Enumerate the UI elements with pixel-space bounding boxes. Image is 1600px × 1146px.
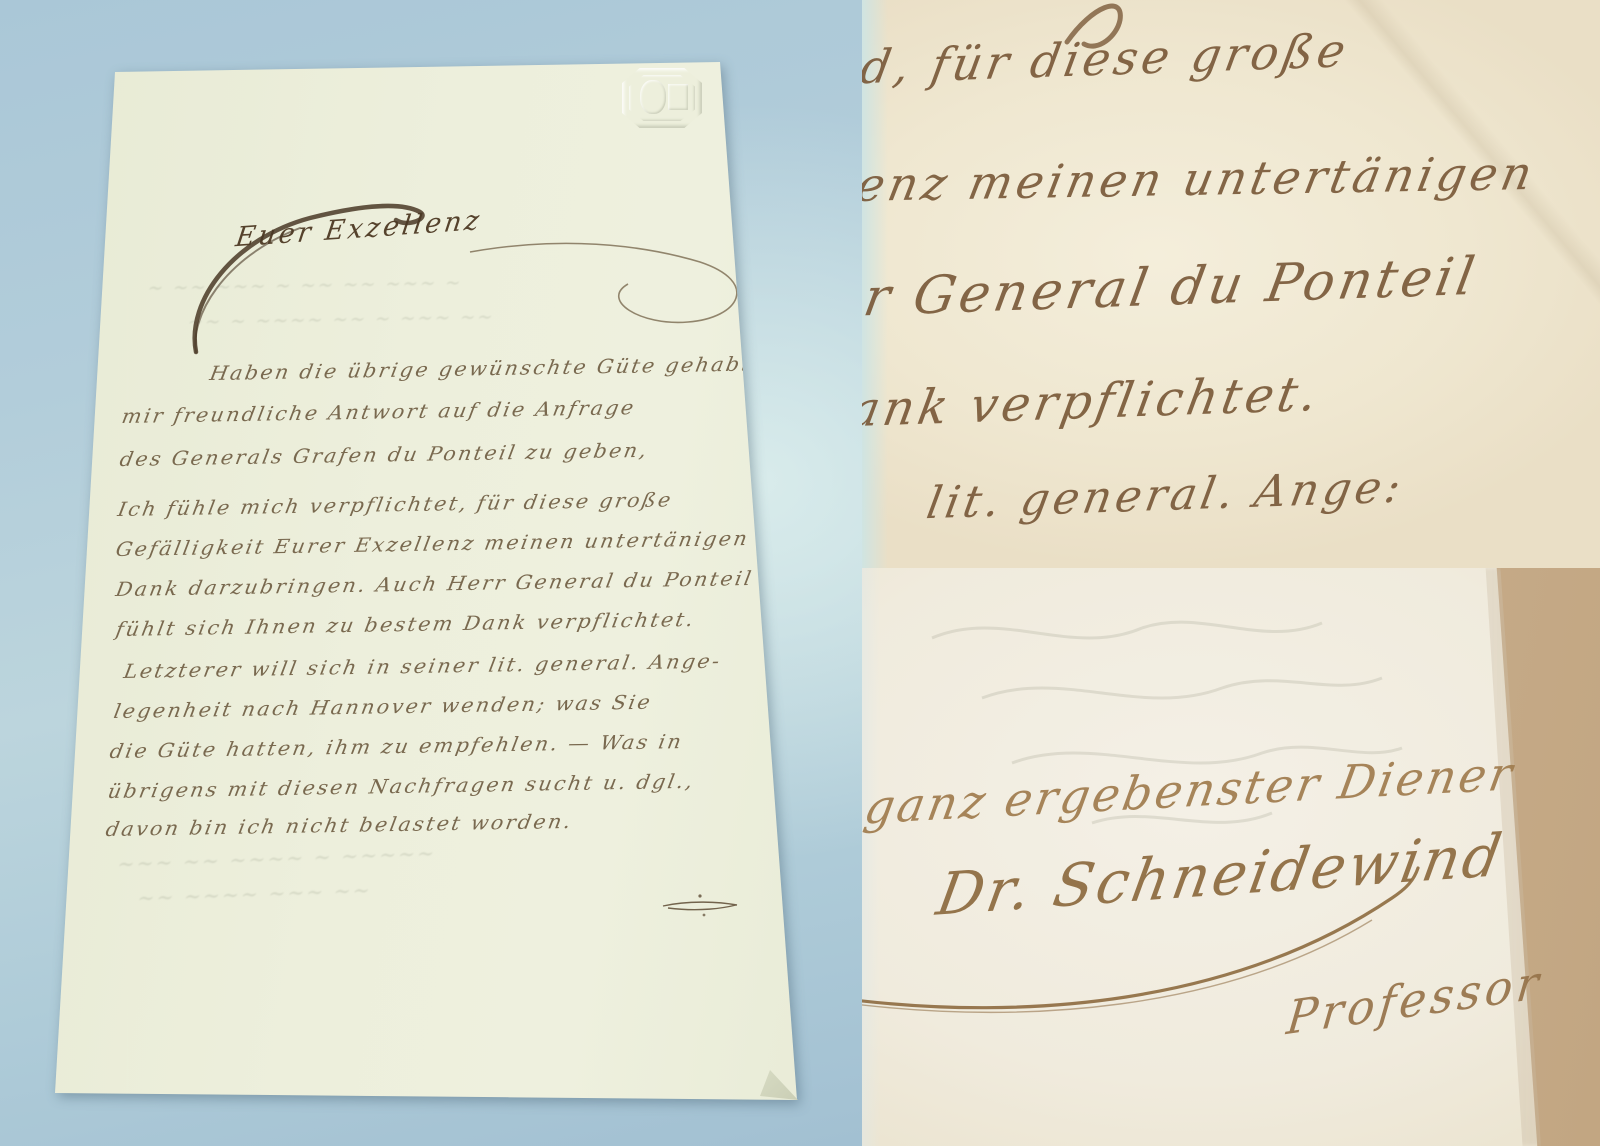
stamp-book-shape (668, 84, 688, 110)
letter-paper-shadow: ~ ~~ ~~~ ~ ~~ ~~ ~~~ ~ ~~ ~ ~~~~ ~~ ~ ~~… (0, 0, 862, 1146)
detail-line: ank verpflichtet. (862, 366, 1325, 439)
detail-photo-top: d, für diese große lenz meinen untertäni… (862, 0, 1600, 568)
signature-title: Professor (1284, 954, 1545, 1045)
detail-line-cut: … (1002, 540, 1058, 568)
letter-photo-composite: ~ ~~ ~~~ ~ ~~ ~~ ~~~ ~ ~~ ~ ~~~~ ~~ ~ ~~… (0, 0, 1600, 1146)
closing-line: ganz ergebenster Diener (862, 746, 1519, 835)
detail-line: lit. general. Ange: (923, 461, 1409, 529)
embossed-crest-stamp-icon (622, 68, 702, 128)
detail-photo-bottom: ganz ergebenster Diener Dr. Schneidewind… (862, 568, 1600, 1146)
stamp-crest-shape (640, 80, 666, 114)
letter-paper: ~ ~~ ~~~ ~ ~~ ~~ ~~~ ~ ~~ ~ ~~~~ ~~ ~ ~~… (0, 0, 862, 1146)
letter-photo-panel: ~ ~~ ~~~ ~ ~~ ~~ ~~~ ~ ~~ ~ ~~~~ ~~ ~ ~~… (0, 0, 862, 1146)
detail-line: d, für diese große (862, 23, 1354, 94)
signature: Dr. Schneidewind (932, 820, 1509, 929)
